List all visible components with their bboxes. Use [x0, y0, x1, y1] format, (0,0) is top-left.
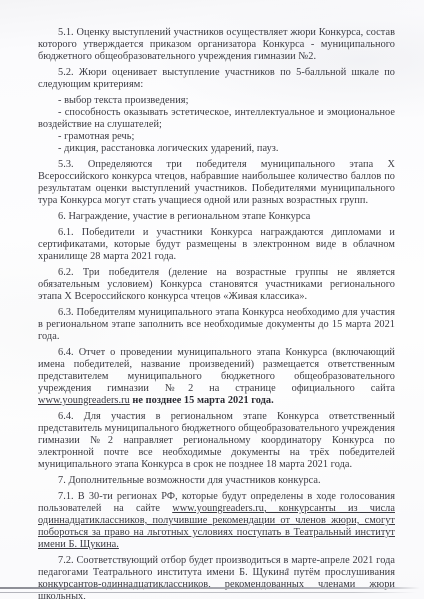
- paragraph-text: 6.4. Отчет о проведении муниципального э…: [38, 347, 395, 394]
- criterion-item: - выбор текста произведения;: [38, 95, 395, 107]
- paragraph-6-4b: 6.4. Для участия в региональном этапе Ко…: [38, 411, 395, 471]
- paragraph-6-2: 6.2. Три победителя (деление на возрастн…: [38, 267, 395, 303]
- criterion-item: - грамотная речь;: [38, 131, 395, 143]
- paragraph-6-3: 6.3. Победителям муниципального этапа Ко…: [38, 307, 395, 343]
- criterion-item: - дикция, расстановка логических ударени…: [38, 143, 395, 155]
- paragraph-7-1: 7.1. В 30-ти регионах РФ, которые будут …: [38, 491, 395, 551]
- page-bottom-edge-line-2: [0, 592, 416, 593]
- paragraph-6-4a: 6.4. Отчет о проведении муниципального э…: [38, 347, 395, 407]
- criterion-item: - способность оказывать эстетическое, ин…: [38, 107, 395, 131]
- section-heading-7: 7. Дополнительные возможности для участн…: [38, 475, 395, 487]
- paragraph-5-3: 5.3. Определяются три победителя муницип…: [38, 159, 395, 207]
- scanned-page: 5.1. Оценку выступлений участников осуще…: [0, 0, 424, 599]
- youngreaders-link-7-1[interactable]: www.youngreaders.ru: [172, 503, 264, 514]
- paragraph-5-1: 5.1. Оценку выступлений участников осуще…: [38, 27, 395, 63]
- deadline-bold-text: не позднее 15 марта 2021 года.: [130, 395, 274, 406]
- paragraph-6-1: 6.1. Победители и участники Конкурса наг…: [38, 227, 395, 263]
- page-bottom-edge-line: [0, 587, 420, 589]
- youngreaders-link-6-4[interactable]: www.youngreaders.ru: [38, 395, 130, 406]
- section-heading-6: 6. Награждение, участие в региональном э…: [38, 211, 395, 223]
- document-body: 5.1. Оценку выступлений участников осуще…: [38, 27, 395, 599]
- scan-speck: [286, 568, 289, 571]
- paragraph-5-2: 5.2. Жюри оценивает выступление участник…: [38, 67, 395, 91]
